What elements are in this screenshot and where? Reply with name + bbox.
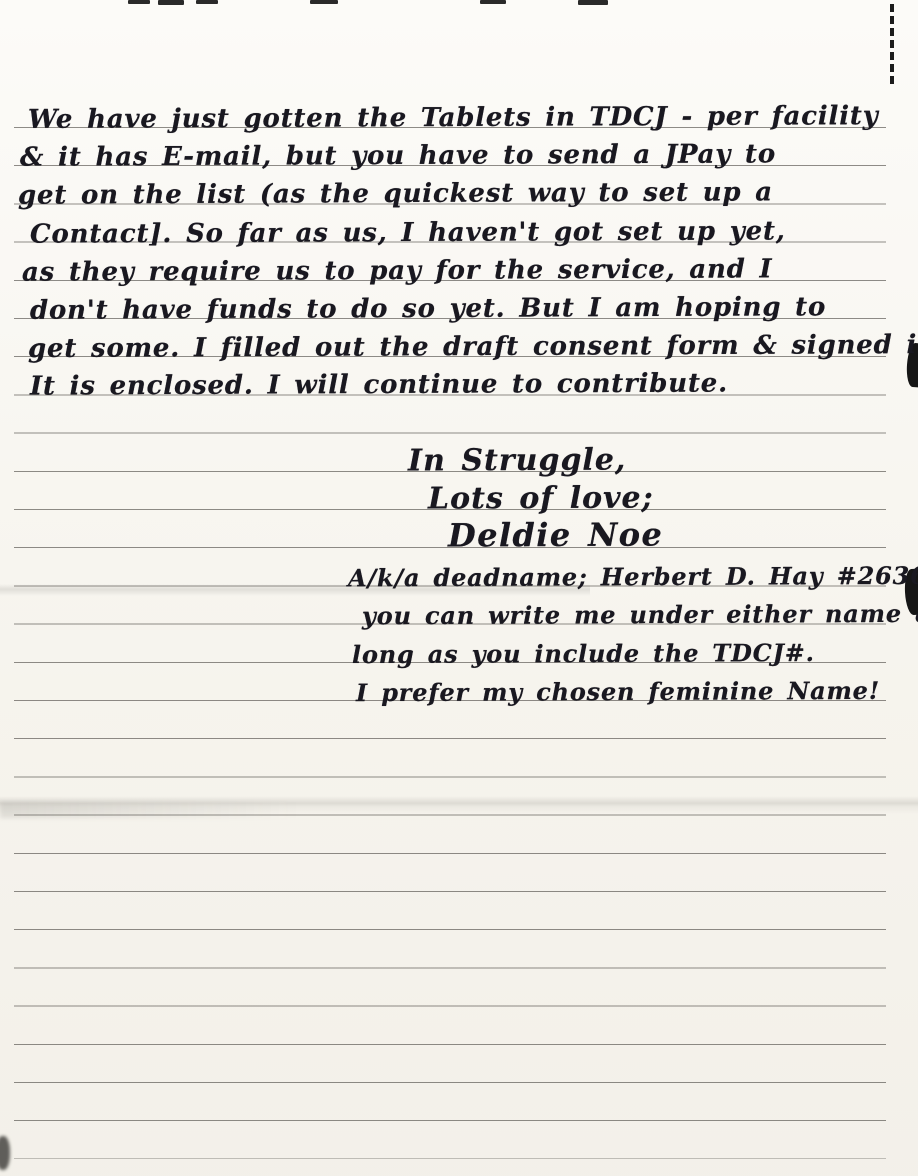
handwritten-line: Contact]. So far as us, I haven't got se… (30, 211, 786, 254)
scan-artifact-top-dash (158, 0, 184, 5)
handwritten-line: It is enclosed. I will continue to contr… (30, 363, 728, 406)
identity-line: long as you include the TDCJ#. (352, 633, 815, 675)
handwritten-line: We have just gotten the Tablets in TDCJ … (28, 96, 879, 140)
identity-line: I prefer my chosen feminine Name! (356, 671, 880, 713)
scan-artifact-top-dash (578, 0, 608, 5)
fold-crease-shadow (0, 802, 300, 818)
scan-artifact-smudge (0, 1136, 10, 1170)
handwritten-line: get on the list (as the quickest way to … (18, 172, 773, 215)
scan-artifact-top-dash (128, 0, 150, 4)
scan-artifact-top-dash (310, 0, 338, 4)
scan-artifact-top-dash (480, 0, 506, 4)
closing-line: Lots of love; (428, 479, 654, 520)
fold-crease (0, 796, 918, 814)
handwritten-line: get some. I filled out the draft consent… (28, 325, 918, 369)
handwritten-line: as they require us to pay for the servic… (22, 249, 773, 292)
identity-line: A/k/a deadname; Herbert D. Hay #263672 (348, 556, 918, 599)
scan-artifact-top-dash (196, 0, 218, 4)
identity-line: you can write me under either name as (362, 594, 918, 637)
signature-name: Deldie Noe (448, 515, 663, 556)
handwritten-line: & it has E-mail, but you have to send a … (20, 134, 776, 177)
letter-page: We have just gotten the Tablets in TDCJ … (0, 0, 918, 1176)
scan-artifact-dashed-mark (890, 4, 894, 84)
handwritten-line: don't have funds to do so yet. But I am … (30, 287, 826, 330)
closing-line: In Struggle, (408, 441, 626, 482)
